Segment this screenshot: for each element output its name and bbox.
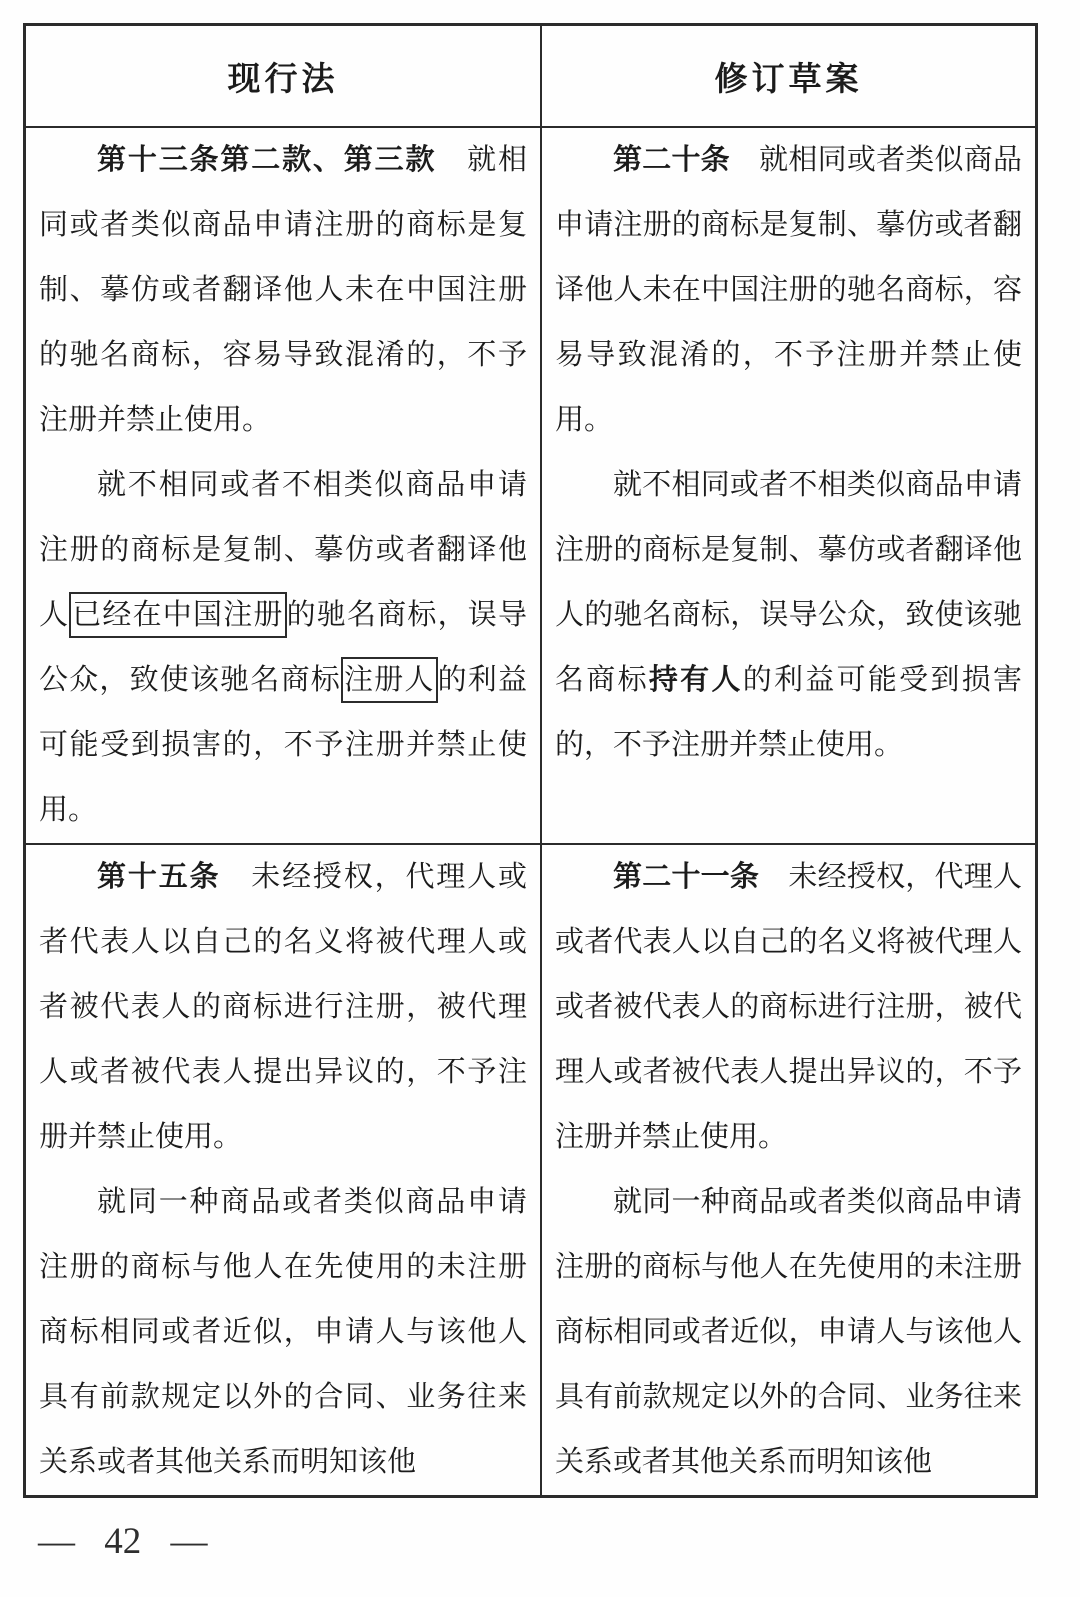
table-header-row: 现行法 修订草案 (26, 26, 1035, 128)
text-segment-normal: 就同一种商品或者类似商品申请注册的商标与他人在先使用的未注册商标相同或者近似，申… (39, 1186, 527, 1478)
text-segment-normal: 未经授权，代理人或者代表人以自己的名义将被代理人或者被代表人的商标进行注册，被代… (39, 861, 527, 1153)
text-segment-boxed: 注册人 (341, 657, 438, 703)
text-segment-normal: 未经授权，代理人或者代表人以自己的名义将被代理人或者被代表人的商标进行注册，被代… (555, 861, 1022, 1153)
law-paragraph: 就同一种商品或者类似商品申请注册的商标与他人在先使用的未注册商标相同或者近似，申… (555, 1170, 1022, 1495)
cell-revision-draft-article-21: 第二十一条 未经授权，代理人或者代表人以自己的名义将被代理人或者被代表人的商标进… (542, 845, 1035, 1495)
text-segment-bold: 持有人 (649, 664, 743, 696)
header-cell-revision-draft: 修订草案 (542, 26, 1035, 126)
table-row-article-13-vs-20: 第十三条第二款、第三款 就相同或者类似商品申请注册的商标是复制、摹仿或者翻译他人… (26, 128, 1035, 845)
text-segment-normal: 就不相同或者不相类似商品申请注册的商标是复制、摹仿或者翻译他人的驰名商标，误导公… (555, 469, 1022, 696)
document-page: 现行法 修订草案 第十三条第二款、第三款 就相同或者类似商品申请注册的商标是复制… (0, 0, 1080, 1597)
text-segment-bold: 第十三条第二款、第三款 (97, 144, 436, 176)
text-segment-bold: 第二十一条 (613, 861, 759, 893)
cell-current-law-article-15: 第十五条 未经授权，代理人或者代表人以自己的名义将被代理人或者被代表人的商标进行… (26, 845, 542, 1495)
law-paragraph: 就不相同或者不相类似商品申请注册的商标是复制、摹仿或者翻译他人已经在中国注册的驰… (39, 453, 527, 843)
cell-current-law-article-13: 第十三条第二款、第三款 就相同或者类似商品申请注册的商标是复制、摹仿或者翻译他人… (26, 128, 542, 843)
text-segment-normal: 就相同或者类似商品申请注册的商标是复制、摹仿或者翻译他人未在中国注册的驰名商标，… (555, 144, 1022, 436)
text-segment-bold: 第十五条 (97, 861, 220, 893)
text-segment-normal: 就相同或者类似商品申请注册的商标是复制、摹仿或者翻译他人未在中国注册的驰名商标，… (39, 144, 527, 436)
law-paragraph: 就同一种商品或者类似商品申请注册的商标与他人在先使用的未注册商标相同或者近似，申… (39, 1170, 527, 1495)
page-number: — 42 — (38, 1520, 208, 1563)
text-segment-normal: 就同一种商品或者类似商品申请注册的商标与他人在先使用的未注册商标相同或者近似，申… (555, 1186, 1022, 1478)
text-segment-boxed: 已经在中国注册 (69, 592, 286, 638)
header-cell-current-law: 现行法 (26, 26, 542, 126)
table-row-article-15-vs-21: 第十五条 未经授权，代理人或者代表人以自己的名义将被代理人或者被代表人的商标进行… (26, 845, 1035, 1495)
law-paragraph: 第十三条第二款、第三款 就相同或者类似商品申请注册的商标是复制、摹仿或者翻译他人… (39, 128, 527, 453)
law-paragraph: 第二十一条 未经授权，代理人或者代表人以自己的名义将被代理人或者被代表人的商标进… (555, 845, 1022, 1170)
law-paragraph: 就不相同或者不相类似商品申请注册的商标是复制、摹仿或者翻译他人的驰名商标，误导公… (555, 453, 1022, 778)
law-paragraph: 第二十条 就相同或者类似商品申请注册的商标是复制、摹仿或者翻译他人未在中国注册的… (555, 128, 1022, 453)
law-comparison-table: 现行法 修订草案 第十三条第二款、第三款 就相同或者类似商品申请注册的商标是复制… (23, 23, 1038, 1498)
law-paragraph: 第十五条 未经授权，代理人或者代表人以自己的名义将被代理人或者被代表人的商标进行… (39, 845, 527, 1170)
cell-revision-draft-article-20: 第二十条 就相同或者类似商品申请注册的商标是复制、摹仿或者翻译他人未在中国注册的… (542, 128, 1035, 843)
text-segment-bold: 第二十条 (613, 144, 730, 176)
